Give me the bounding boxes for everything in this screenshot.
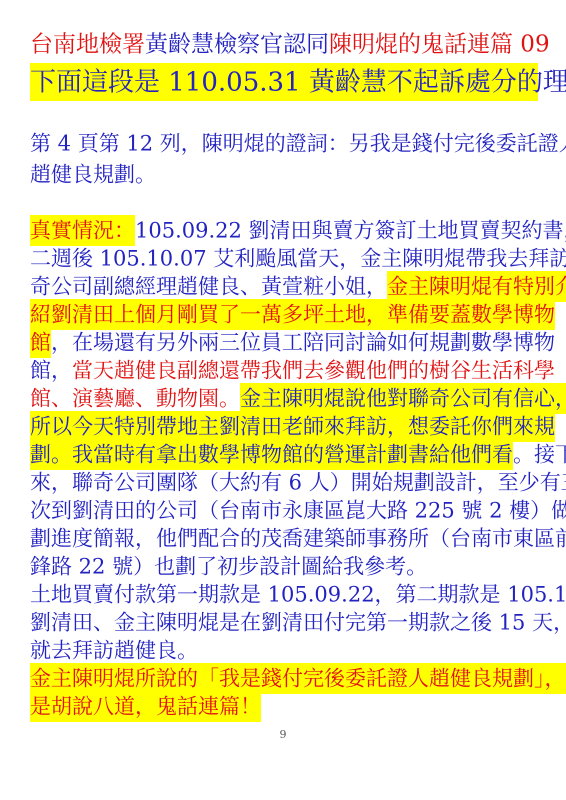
text-segment: 就去拜訪趙健良。: [30, 635, 198, 666]
text-segment: ，在場還有另外兩三位員工陪同討論如何規劃數學博物: [51, 327, 555, 358]
text-line: 劉清田、金主陳明焜是在劉清田付完第一期款之後 15 天，: [30, 608, 538, 636]
text-segment: 金主陳明焜說他對聯奇公司有信心，: [240, 383, 566, 414]
text-segment: 所以今天特別帶地主劉清田老師來拜訪，想委託你們來規: [30, 411, 555, 442]
text-segment: 當天趙健良副總還帶我們去參觀他們的樹谷生活科學: [72, 355, 555, 386]
text-segment: 105.09.22 劉清田與賣方簽訂土地買賣契約書，: [135, 215, 566, 246]
text-line: 劃進度簡報，他們配合的茂喬建築師事務所（台南市東區前: [30, 524, 538, 552]
text-line: 紹劉清田上個月剛買了一萬多坪土地，準備要蓋數學博物: [30, 300, 538, 328]
body-text: 真實情況：105.09.22 劉清田與賣方簽訂土地買賣契約書，二週後 105.1…: [30, 216, 538, 720]
text-segment: 是胡說八道，鬼話連篇！: [30, 691, 261, 722]
document-title: 台南地檢署黃齡慧檢察官認同陳明焜的鬼話連篇 09: [30, 0, 538, 60]
text-segment: 紹劉清田上個月剛買了一萬多坪土地，準備要蓋數學博物: [30, 299, 555, 330]
text-line: 奇公司副總經理趙健良、黃萱粧小姐，金主陳明焜有特別介: [30, 272, 538, 300]
text-line: 來，聯奇公司團隊（大約有 6 人）開始規劃設計，至少有三: [30, 468, 538, 496]
text-segment: 趙健良規劃。: [30, 159, 156, 190]
text-segment: 館，: [30, 355, 72, 386]
document-subtitle: 下面這段是 110.05.31 黃齡慧不起訴處分的理由之一: [30, 63, 538, 101]
text-line: 館、演藝廳、動物園。金主陳明焜說他對聯奇公司有信心，: [30, 384, 538, 412]
text-line: 第 4 頁第 12 列，陳明焜的證詞：另我是錢付完後委託證人: [30, 128, 538, 159]
text-line: 館，在場還有另外兩三位員工陪同討論如何規劃數學博物: [30, 328, 538, 356]
text-line: 二週後 105.10.07 艾利颱風當天，金主陳明焜帶我去拜訪聯: [30, 244, 538, 272]
text-segment: 劉清田、金主陳明焜是在劉清田付完第一期款之後 15 天，: [30, 607, 566, 638]
page-number: 9: [0, 728, 566, 741]
document-content: 台南地檢署黃齡慧檢察官認同陳明焜的鬼話連篇 09 下面這段是 110.05.31…: [0, 0, 566, 720]
testimony-paragraph: 第 4 頁第 12 列，陳明焜的證詞：另我是錢付完後委託證人趙健良規劃。: [30, 128, 538, 190]
text-line: 館，當天趙健良副總還帶我們去參觀他們的樹谷生活科學: [30, 356, 538, 384]
text-line: 金主陳明焜所說的「我是錢付完後委託證人趙健良規劃」，都: [30, 664, 538, 692]
text-line: 所以今天特別帶地主劉清田老師來拜訪，想委託你們來規: [30, 412, 538, 440]
text-segment: 劃進度簡報，他們配合的茂喬建築師事務所（台南市東區前: [30, 523, 566, 554]
text-segment: 第 4 頁第 12 列，陳明焜的證詞：另我是錢付完後委託證人: [30, 128, 566, 159]
text-segment: 鋒路 22 號）也劃了初步設計圖給我參考。: [30, 551, 427, 582]
text-line: 是胡說八道，鬼話連篇！: [30, 692, 538, 720]
text-line: 就去拜訪趙健良。: [30, 636, 538, 664]
text-segment: 次到劉清田的公司（台南市永康區崑大路 225 號 2 樓）做規: [30, 495, 566, 526]
text-segment: 黃齡慧檢察官認同: [145, 28, 329, 61]
text-segment: 真實情況：: [30, 215, 135, 246]
text-segment: 劃。我當時有拿出數學博物館的營運計劃書給他們看: [30, 439, 513, 470]
text-segment: 。接下: [513, 439, 566, 470]
text-line: 台南地檢署黃齡慧檢察官認同陳明焜的鬼話連篇 09: [30, 28, 538, 60]
text-line: 土地買賣付款第一期款是 105.09.22，第二期款是 105.10.30，: [30, 580, 538, 608]
text-segment: 陳明焜的鬼話連篇 09: [329, 28, 550, 61]
text-line: 次到劉清田的公司（台南市永康區崑大路 225 號 2 樓）做規: [30, 496, 538, 524]
text-line: 真實情況：105.09.22 劉清田與賣方簽訂土地買賣契約書，: [30, 216, 538, 244]
text-line: 鋒路 22 號）也劃了初步設計圖給我參考。: [30, 552, 538, 580]
text-line: 劃。我當時有拿出數學博物館的營運計劃書給他們看。接下: [30, 440, 538, 468]
text-segment: 館: [30, 327, 51, 358]
subtitle-text: 下面這段是 110.05.31 黃齡慧不起訴處分的理由之一: [30, 64, 566, 101]
text-segment: 二週後 105.10.07 艾利颱風當天，金主陳明焜帶我去拜訪聯: [30, 243, 566, 274]
text-segment: 土地買賣付款第一期款是 105.09.22，第二期款是 105.10.30，: [30, 579, 566, 610]
text-segment: 館、演藝廳、動物園。: [30, 383, 240, 414]
text-segment: 奇公司副總經理趙健良、黃萱粧小姐，: [30, 271, 387, 302]
text-segment: 金主陳明焜所說的「我是錢付完後委託證人趙健良規劃」，都: [30, 663, 566, 694]
text-segment: 來，聯奇公司團隊（大約有 6 人）開始規劃設計，至少有三: [30, 467, 566, 498]
text-line: 趙健良規劃。: [30, 159, 538, 190]
text-segment: 台南地檢署: [30, 28, 145, 61]
document-page: 台南地檢署黃齡慧檢察官認同陳明焜的鬼話連篇 09 下面這段是 110.05.31…: [0, 0, 566, 800]
text-segment: 金主陳明焜有特別介: [387, 271, 566, 302]
